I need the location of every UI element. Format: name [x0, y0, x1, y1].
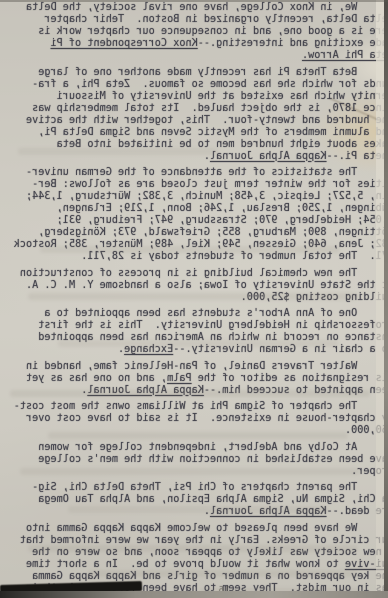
scan-edge-top	[0, 0, 388, 2]
text-segment: Göttingen, 890; Marburg, 855; Griefswald…	[38, 227, 388, 238]
text-segment: one hundred and twenty-four. This, toget…	[26, 115, 388, 126]
text-segment: Tübingen, 1,250; Breslau, 1,246; Bonn, 1…	[57, 203, 388, 214]
text-line: The statistics of the attendance of the …	[14, 167, 388, 179]
ghost-text-smudge	[20, 468, 360, 475]
text-line: ly chapter-house in existence. It is sai…	[14, 413, 388, 425]
text-segment: Walter Travers Daniel, of Pan-Hellenic f…	[26, 361, 388, 372]
text-segment: funds for which she has become so famous…	[32, 79, 388, 90]
paragraph: One of Ann Arbor's students has been app…	[14, 308, 388, 356]
text-line: here is a good one, and in consequence o…	[14, 26, 388, 38]
text-line: sities for the winter term just closed a…	[14, 179, 388, 191]
text-segment: have been established in connection with…	[38, 454, 388, 465]
text-line: at the State University of Iowa; also a …	[14, 280, 388, 292]
underlined-citation: Knox Correspondent of Pi	[51, 38, 198, 49]
text-segment: One of Ann Arbor's students has been app…	[44, 308, 388, 319]
text-line: ternity which has existed at the Univers…	[14, 91, 388, 103]
text-line: lin, 5,527; Leipsic, 3,458; Munich, 3,38…	[14, 191, 388, 203]
text-line: We have been pleased to welcome Kappa Ka…	[14, 523, 388, 535]
text-segment: The new chemical building is in process …	[20, 268, 388, 279]
text-line: and alumni members of the Mystic Seven a…	[14, 127, 388, 139]
text-segment: At Colby and Adelbert, independent colle…	[38, 442, 388, 453]
ghost-text-smudge	[28, 293, 358, 300]
text-segment: our circle of Greeks. Early in the year …	[20, 535, 388, 546]
text-line: have been established in connection with…	[14, 454, 388, 466]
text-line: The parent chapters of Chi Psi, Theta De…	[14, 482, 388, 494]
text-line: Beta Theta Pi has recently made another …	[14, 67, 388, 79]
text-segment: The statistics of the attendance of the …	[26, 167, 388, 178]
ghost-text-smudge	[40, 246, 340, 253]
text-segment: Beta Theta Pi has recently made another …	[38, 67, 388, 78]
ghost-text-smudge	[58, 340, 338, 347]
paragraph: We, in Knox College, have one rival soci…	[14, 2, 388, 62]
text-segment: , and no one has as yet	[26, 373, 167, 384]
text-line: One of Ann Arbor's students has been app…	[14, 308, 388, 320]
text-segment: ma Chi, Sigma Nu, Sigma Alpha Epsilon, a…	[38, 494, 388, 505]
text-line: funds for which she has become so famous…	[14, 79, 388, 91]
text-line: since 1870, is the object hauled. Its to…	[14, 103, 388, 115]
ghost-text-smudge	[18, 148, 218, 155]
text-segment: since 1870, is the object hauled. Its to…	[32, 103, 388, 114]
text-line: one hundred and twenty-four. This, toget…	[14, 115, 388, 127]
text-segment: The chapter of Sigma Phi at Williams own…	[14, 401, 388, 412]
text-segment: his resignation as editor of the	[192, 373, 388, 384]
text-line: his resignation as editor of the Palm, a…	[14, 373, 388, 385]
text-segment: made exciting and interesting.--	[198, 38, 388, 49]
text-line: We, in Knox College, have one rival soci…	[14, 2, 388, 14]
text-segment: here is a good one, and in consequence o…	[38, 26, 388, 37]
text-segment: Delta Delta, recently organized in Bosto…	[44, 14, 388, 25]
text-line: Delta Delta, recently organized in Bosto…	[14, 14, 388, 26]
text-line: Tübingen, 1,250; Breslau, 1,246; Bonn, 1…	[14, 203, 388, 215]
text-segment: ly chapter-house in existence. It is sai…	[26, 413, 388, 424]
text-segment: 1,054; Heidelberg, 970; Strassburg, 947;…	[57, 215, 388, 226]
scan-edge-right	[384, 0, 388, 598]
ghost-text-smudge	[88, 570, 358, 577]
ghost-text-smudge	[68, 506, 328, 513]
underlined-citation: Palm	[167, 373, 192, 384]
ghost-text-smudge	[28, 545, 358, 552]
text-line: Walter Travers Daniel, of Pan-Hellenic f…	[14, 361, 388, 373]
text-line: 1,054; Heidelberg, 970; Strassburg, 947;…	[14, 215, 388, 227]
text-line: Beta Phi Arrow.	[14, 50, 388, 62]
text-line: qui-vive to know what it would prove to …	[14, 559, 388, 571]
ghost-text-smudge	[10, 390, 370, 397]
text-line: At Colby and Adelbert, independent colle…	[14, 442, 388, 454]
ghost-text-smudge	[48, 432, 348, 439]
text-line: The new chemical building is in process …	[14, 268, 388, 280]
text-segment: to know what it would prove to be. In a …	[26, 559, 345, 570]
text-segment: We have been pleased to welcome Kappa Ka…	[26, 523, 388, 534]
text-segment: professorship in Heidelberg University. …	[38, 320, 388, 331]
text-line: made exciting and interesting.--Knox Cor…	[14, 38, 388, 50]
text-segment: and alumni members of the Mystic Seven a…	[38, 127, 388, 138]
text-line: Göttingen, 890; Marburg, 855; Griefswald…	[14, 227, 388, 239]
text-segment: sities for the winter term just closed a…	[32, 179, 388, 190]
text-segment: ternity which has existed at the Univers…	[57, 91, 388, 102]
scan-edge-bottom	[0, 591, 388, 598]
text-segment: The parent chapters of Chi Psi, Theta De…	[32, 482, 388, 493]
text-line: The chapter of Sigma Phi at Williams own…	[14, 401, 388, 413]
text-segment: at the State University of Iowa; also a …	[26, 280, 388, 291]
text-segment: lin, 5,527; Leipsic, 3,458; Munich, 3,38…	[26, 191, 388, 202]
text-line: professorship in Heidelberg University. …	[14, 320, 388, 332]
underlined-citation: Kappa Alpha Journal	[210, 151, 327, 162]
text-line: ma Chi, Sigma Nu, Sigma Alpha Epsilon, a…	[14, 494, 388, 506]
text-segment: We, in Knox College, have one rival soci…	[26, 2, 388, 13]
scanned-page: We, in Knox College, have one rival soci…	[0, 0, 388, 598]
